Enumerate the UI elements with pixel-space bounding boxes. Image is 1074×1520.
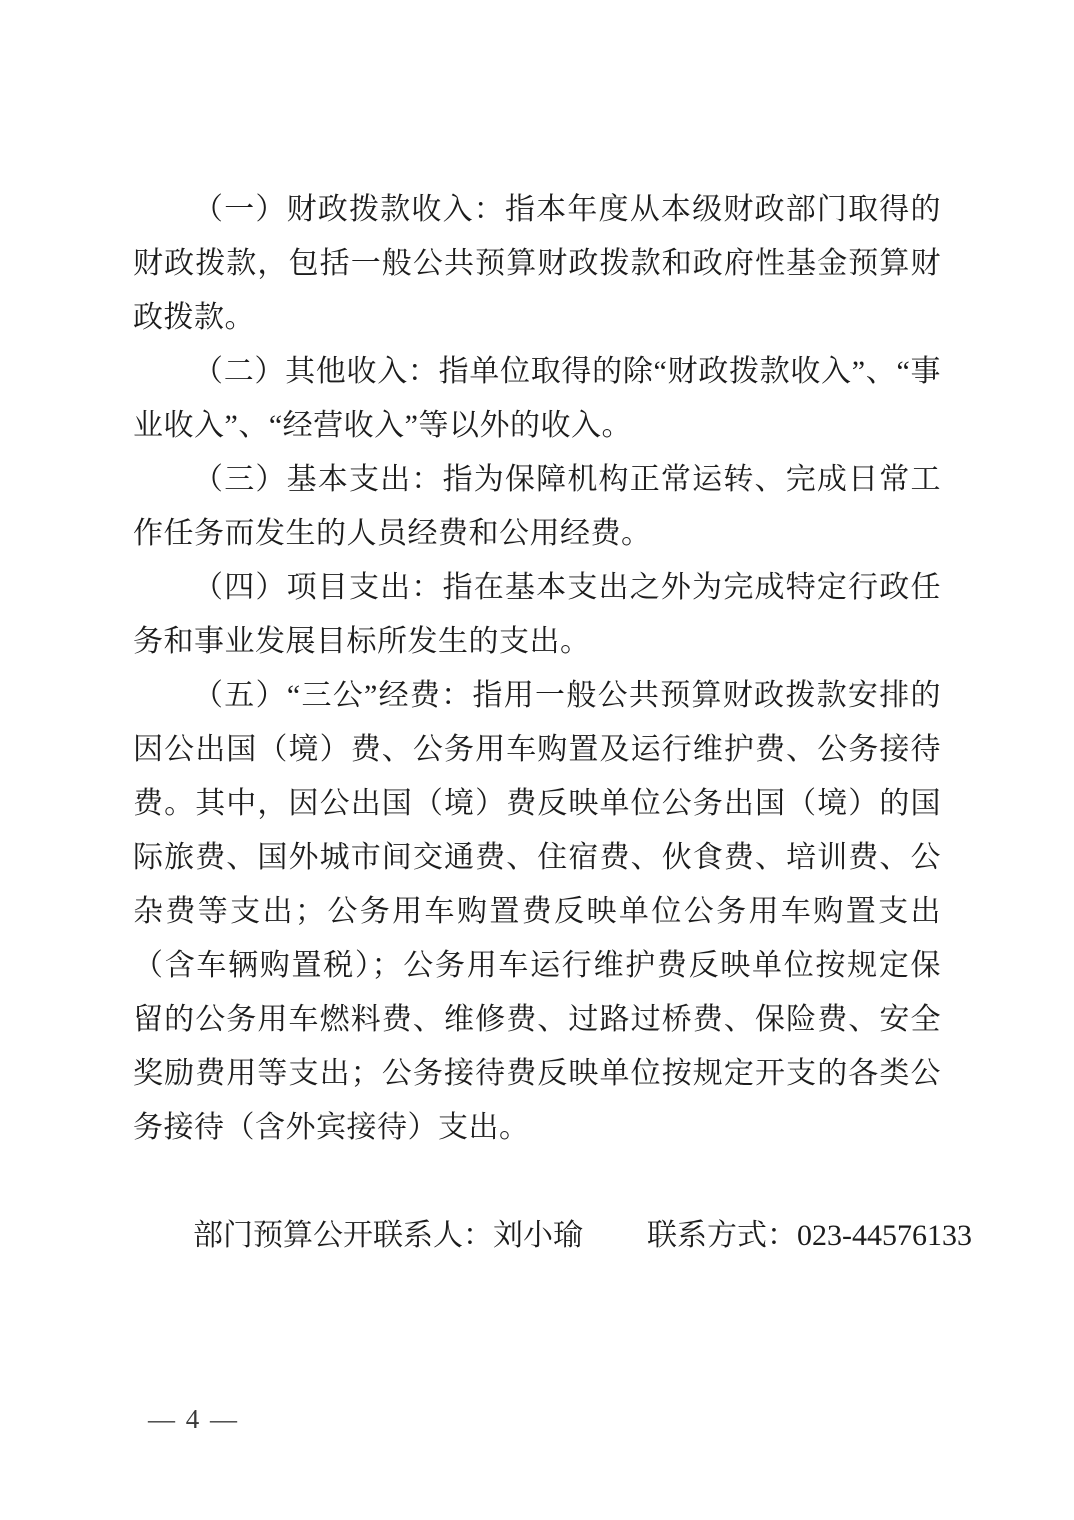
contact-person: 部门预算公开联系人：刘小瑜 <box>193 1219 583 1252</box>
paragraph-project-expenditure: （四）项目支出：指在基本支出之外为完成特定行政任务和事业发展目标所发生的支出。 <box>133 561 941 669</box>
contact-line: 部门预算公开联系人：刘小瑜联系方式：023-44576133 <box>133 1209 941 1263</box>
paragraph-three-public-funds: （五）“三公”经费：指用一般公共预算财政拨款安排的因公出国（境）费、公务用车购置… <box>133 669 941 1155</box>
paragraph-basic-expenditure: （三）基本支出：指为保障机构正常运转、完成日常工作任务而发生的人员经费和公用经费… <box>133 453 941 561</box>
body-text: （一）财政拨款收入：指本年度从本级财政部门取得的财政拨款，包括一般公共预算财政拨… <box>133 183 941 1263</box>
contact-method: 联系方式：023-44576133 <box>647 1219 972 1252</box>
page-number: — 4 — <box>148 1403 239 1435</box>
paragraph-fiscal-appropriation-income: （一）财政拨款收入：指本年度从本级财政部门取得的财政拨款，包括一般公共预算财政拨… <box>133 183 941 345</box>
document-page: （一）财政拨款收入：指本年度从本级财政部门取得的财政拨款，包括一般公共预算财政拨… <box>0 0 1074 1520</box>
paragraph-other-income: （二）其他收入：指单位取得的除“财政拨款收入”、“事业收入”、“经营收入”等以外… <box>133 345 941 453</box>
